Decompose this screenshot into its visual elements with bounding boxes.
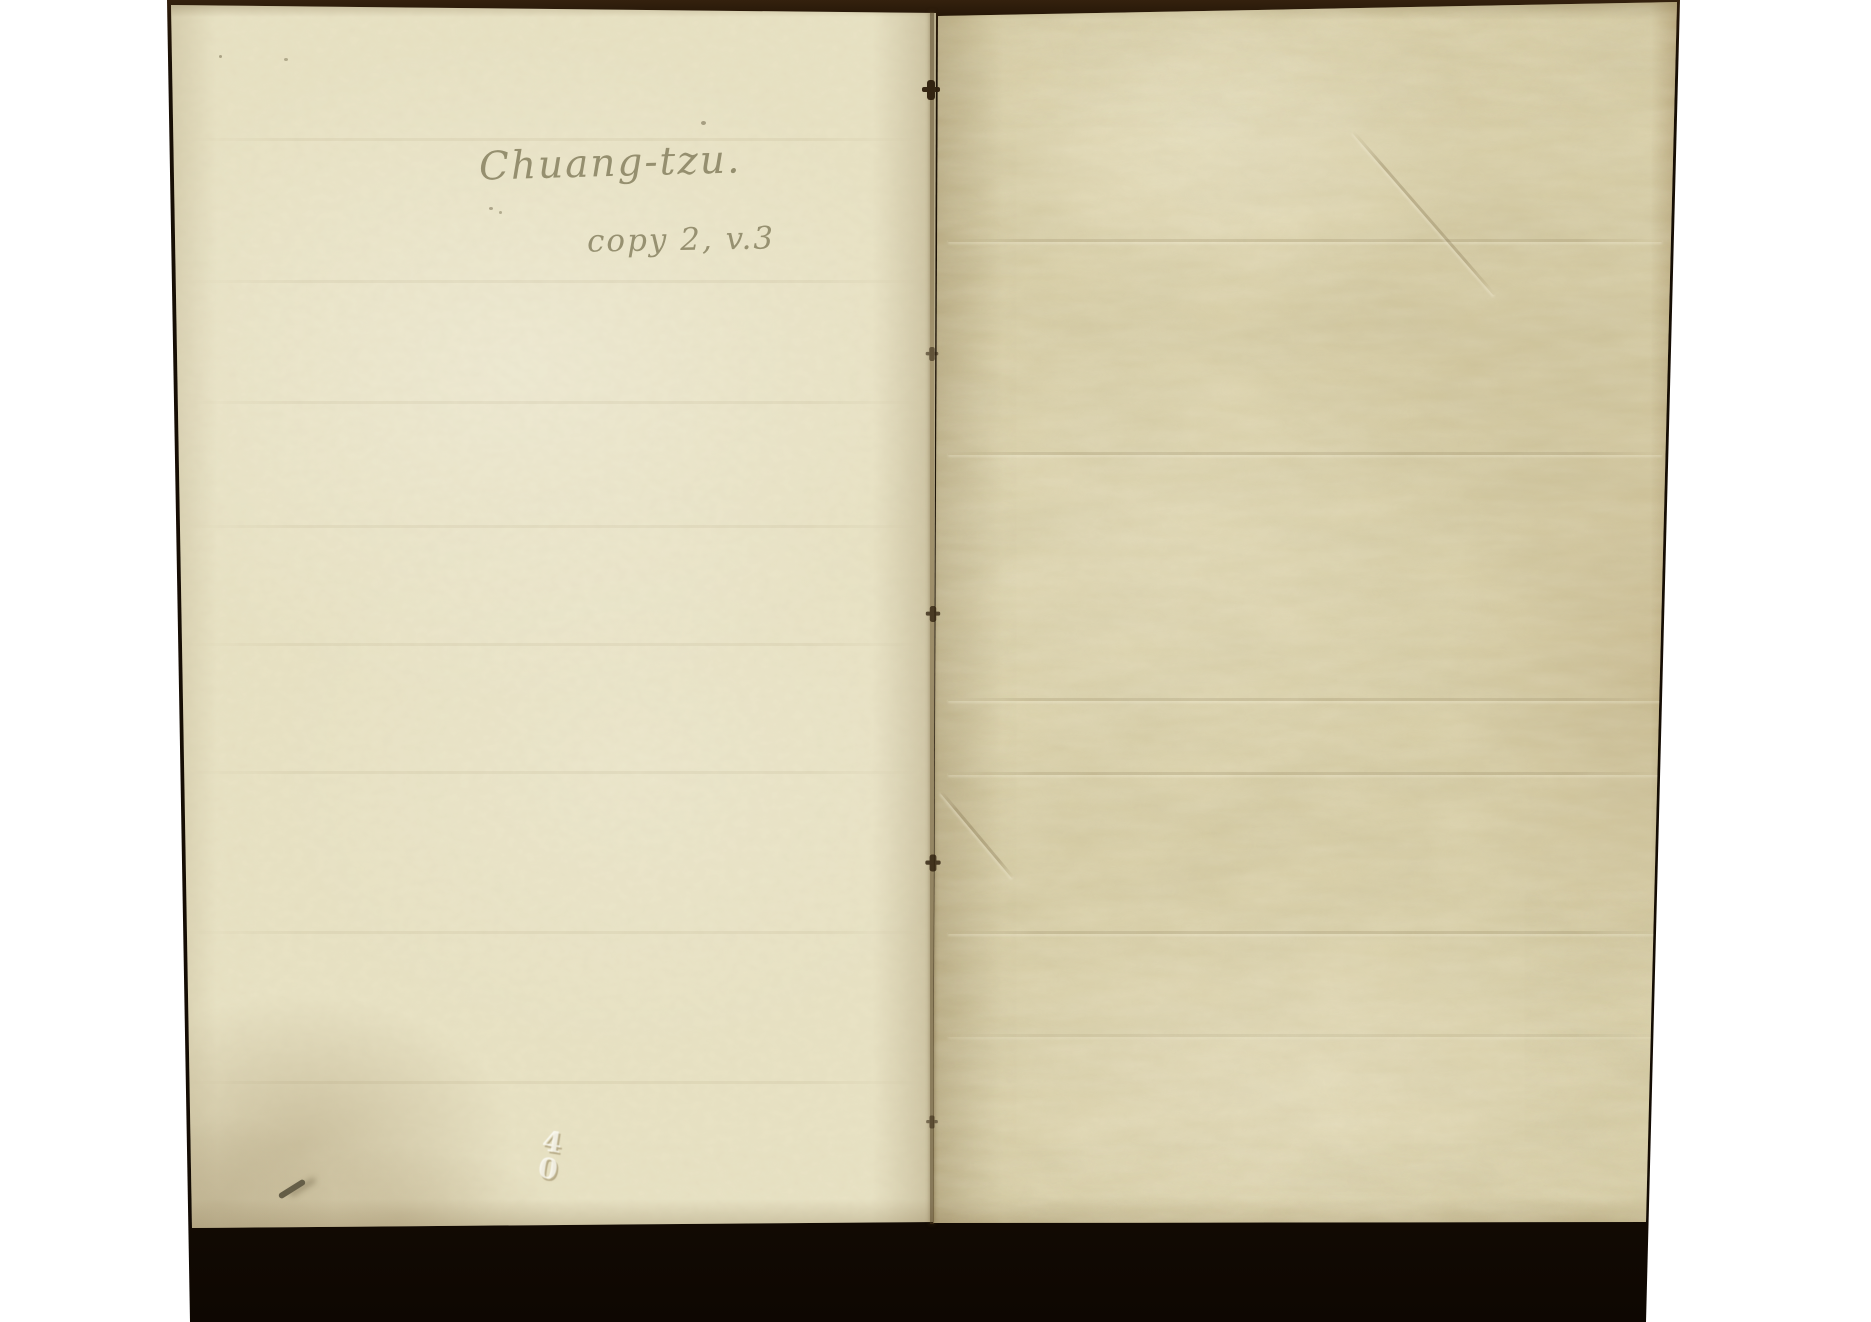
handwritten-copy-note: copy 2, v.3	[587, 220, 776, 259]
binding-stitch	[930, 855, 937, 872]
paper-crease	[948, 698, 1662, 701]
ink-speck	[701, 121, 706, 125]
pencil-speck	[489, 207, 493, 210]
pencil-speck	[499, 211, 502, 214]
paper-crease	[948, 239, 1662, 242]
diagonal-crease	[1352, 131, 1496, 296]
pencil-smudge	[278, 1179, 307, 1200]
paper-crease	[948, 772, 1662, 775]
embossed-stamp: 40	[537, 1129, 571, 1186]
paper-crease	[948, 931, 1662, 934]
paper-crease	[186, 643, 920, 646]
handwritten-title: Chuang-tzu.	[478, 137, 741, 189]
paper-crease	[186, 1081, 920, 1084]
paper-crease	[948, 452, 1662, 455]
binding-stitch	[927, 80, 935, 100]
right-page	[933, 2, 1677, 1223]
paper-crease	[948, 1034, 1662, 1037]
paper-crease	[186, 401, 920, 404]
binding-stitch	[929, 1116, 934, 1129]
paper-crease	[186, 138, 920, 141]
paper-crease	[186, 525, 920, 528]
diagonal-crease	[940, 791, 1014, 879]
book-scan: Chuang-tzu. copy 2, v.3 40	[0, 0, 1871, 1322]
dust-speck	[284, 58, 288, 61]
paper-crease	[186, 931, 920, 934]
dust-speck	[219, 55, 222, 58]
left-page: Chuang-tzu. copy 2, v.3 40	[171, 3, 936, 1229]
binding-stitch	[929, 347, 935, 361]
paper-crease	[186, 771, 920, 774]
paper-crease	[186, 280, 920, 283]
binding-stitch	[930, 606, 936, 622]
